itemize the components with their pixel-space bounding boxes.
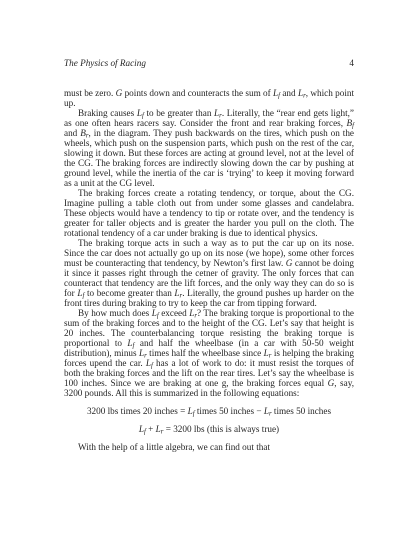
paragraph: must be zero. G points down and countera…: [64, 88, 354, 108]
paragraph: The braking torque acts in such a way as…: [64, 238, 354, 308]
document-body: must be zero. G points down and countera…: [64, 88, 354, 452]
equation: 3200 lbs times 20 inches = Lf times 50 i…: [64, 406, 354, 416]
paragraph: Braking causes Lf to be greater than Lr.…: [64, 108, 354, 188]
equation: Lf + Lr = 3200 lbs (this is always true): [64, 424, 354, 434]
paragraph: The braking forces create a rotating ten…: [64, 188, 354, 238]
document-page: The Physics of Racing 4 must be zero. G …: [0, 0, 416, 538]
running-title: The Physics of Racing: [64, 58, 146, 69]
paragraph: With the help of a little algebra, we ca…: [64, 442, 354, 452]
page-header: The Physics of Racing 4: [64, 58, 354, 69]
page-number: 4: [349, 58, 354, 69]
paragraph: By how much does Lf exceed Lr? The braki…: [64, 308, 354, 398]
